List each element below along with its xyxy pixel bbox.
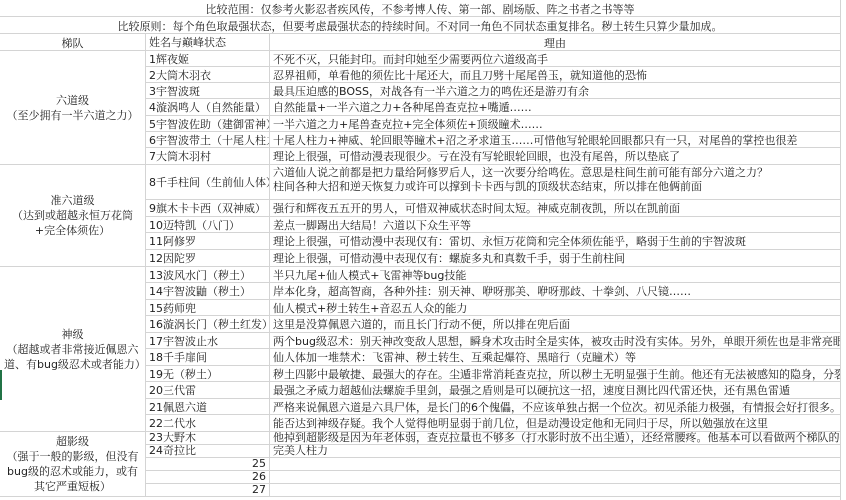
reason-cell[interactable]: 完美人柱力 [270,445,840,457]
row-selection-indicator [0,370,2,400]
reason-cell[interactable]: 差点一脚踢出大结局！六道以下众生平等 [270,217,840,232]
name-cell[interactable]: 14宇智波鼬（秽土） [146,283,270,299]
reason-cell[interactable]: 仙人模式+秽土转生+音忍五人众的能力 [270,300,840,315]
name-cell[interactable]: 23大野木 [146,432,270,444]
reason-cell[interactable]: 严格来说佩恩六道是六具尸体，是长门的6个傀儡，不应该单独占据一个位次。初见杀能力… [270,399,840,414]
tier-desc: （达到或超越永恒万花筒+完全体须佐） [4,208,141,238]
banner-row-principle[interactable]: 比较原则：每个角色取最强状态，但要考虑最强状态的持续时间。不对同一角色不同状态重… [0,17,840,34]
name-cell[interactable]: 4漩涡鸣人（自然能量） [146,99,270,115]
reason-cell[interactable]: 自然能量+一半六道之力+各种尾兽查克拉+嘴遁…… [270,99,840,115]
header-row: 梯队 姓名与巅峰状态 理由 [0,34,840,51]
reason-cell[interactable]: 能否达到神级存疑。我个人觉得他明显弱于前几位，但是动漫设定他和无同归于尽，所以勉… [270,415,840,431]
reason-cell[interactable]: 秽土四影中最敏捷、最强大的存在。尘遁非常消耗查克拉，所以秽土无明显强于生前。他还… [270,366,840,381]
reason-cell[interactable]: 强行和辉夜五五开的男人，可惜双神威状态时间太短。神威克制夜凯，所以在凯前面 [270,200,840,216]
principle-text[interactable]: 比较原则：每个角色取最强状态，但要考虑最强状态的持续时间。不对同一角色不同状态重… [0,17,840,33]
scope-text[interactable]: 比较范围：仅参考火影忍者疾风传，不参考博人传、第一部、剧场版、阵之书者之书等等 [0,0,840,16]
reason-cell[interactable]: 仙人体加一堆禁术：飞雷神、秽土转生、互乘起爆符、黑暗行（克瞳术）等 [270,349,840,365]
reason-cell[interactable]: 他掉到超影级是因为年老体弱，查克拉量也不够多（打水影时放不出尘遁），还经常腰疼。… [270,432,840,444]
name-cell[interactable]: 10迈特凯（八门） [146,217,270,232]
reason-cell[interactable]: 十尾人柱力+神威、轮回眼等瞳术+沼之矛求道玉……可惜他写轮眼轮回眼都只有一只，对… [270,132,840,147]
tier-cell-god[interactable]: 神级 （超越或者非常接近佩恩六道、有bug级忍术或者能力） [0,267,146,432]
banner-row-scope[interactable]: 比较范围：仅参考火影忍者疾风传，不参考博人传、第一部、剧场版、阵之书者之书等等 [0,0,840,17]
name-cell[interactable]: 9旗木卡卡西（双神威） [146,200,270,216]
tier-cell-six-paths[interactable]: 六道级 （至少拥有一半六道之力） [0,51,146,165]
name-cell[interactable]: 12因陀罗 [146,250,270,266]
tier-desc: （超越或者非常接近佩恩六道、有bug级忍术或者能力） [4,342,141,372]
tier-title: 准六道级 [4,193,141,208]
reason-cell[interactable]: 理论上很强，可惜动漫中表现仅有：雷切、永恒万花筒和完全体须佐能乎，略弱于生前的宇… [270,233,840,249]
tier-cell-super-kage[interactable]: 超影级 （强于一般的影级，但没有bug级的忍术或能力，或有其它严重短板） [0,432,146,497]
reason-cell[interactable]: 岸本化身，超高智商，各种外挂：别天神、咿呀那美、咿呀那歧、十拳剑、八尺镜…… [270,283,840,299]
name-cell[interactable]: 24奇拉比 [146,445,270,457]
tier-title: 六道级 [7,93,139,108]
name-cell[interactable]: 8千手柱间（生前仙人体） [146,165,270,199]
reason-cell[interactable]: 两个bug级忍术：别天神改变敌人思想，瞬身术攻击时全是实体，被攻击时没有实体。另… [270,333,840,348]
reason-cell[interactable]: 一半六道之力+尾兽查克拉+完全体须佐+顶级瞳术…… [270,116,840,131]
header-reason[interactable]: 理由 [270,34,840,50]
reason-cell[interactable] [270,471,840,483]
name-cell[interactable]: 13波风水门（秽土） [146,267,270,282]
reason-line-2: 柱间各种大招和逆天恢复力或许可以撑到卡卡西与凯的顶级状态结束，所以排在他俩前面 [273,180,837,194]
tier-desc: （强于一般的影级，但没有bug级的忍术或能力，或有其它严重短板） [4,449,141,494]
reason-cell[interactable] [270,458,840,470]
reason-line-1: 六道仙人说之前都是把力量给阿修罗后人，这一次要分给鸣佐。意思是柱间生前可能有部分… [273,166,837,180]
name-cell[interactable]: 7大筒木羽村 [146,148,270,164]
reason-cell[interactable]: 忍界祖师，单看他的须佐比十尾还大，而且刀劈十尾尾兽玉，就知道他的恐怖 [270,67,840,82]
reason-cell[interactable]: 半只九尾+仙人模式+飞雷神等bug技能 [270,267,840,282]
name-cell[interactable]: 6宇智波带土（十尾人柱力） [146,132,270,147]
column-gridline [840,0,841,500]
reason-cell[interactable]: 六道仙人说之前都是把力量给阿修罗后人，这一次要分给鸣佐。意思是柱间生前可能有部分… [270,165,840,199]
tier-cell-quasi-six-paths[interactable]: 准六道级 （达到或超越永恒万花筒+完全体须佐） [0,165,146,267]
name-cell[interactable]: 20三代雷 [146,382,270,398]
name-cell[interactable]: 21佩恩六道 [146,399,270,414]
name-cell[interactable]: 11阿修罗 [146,233,270,249]
spreadsheet: 比较范围：仅参考火影忍者疾风传，不参考博人传、第一部、剧场版、阵之书者之书等等 … [0,0,846,500]
name-cell[interactable]: 15药师兜 [146,300,270,315]
tier-title: 超影级 [4,434,141,449]
name-cell[interactable]: 25 [146,458,270,470]
name-cell[interactable]: 3宇智波斑 [146,83,270,98]
name-cell[interactable]: 18千手扉间 [146,349,270,365]
reason-cell[interactable] [270,484,840,496]
name-cell[interactable]: 16漩涡长门（秽土红发） [146,316,270,332]
reason-cell[interactable]: 理论上很强，可惜动漫中表现仅有：螺旋多丸和真数千手，弱于生前柱间 [270,250,840,266]
tier-title: 神级 [4,327,141,342]
reason-cell[interactable]: 不死不灭，只能封印。而封印她至少需要两位六道级高手 [270,51,840,66]
name-cell[interactable]: 27 [146,484,270,496]
name-cell[interactable]: 17宇智波止水 [146,333,270,348]
header-name[interactable]: 姓名与巅峰状态 [146,34,270,50]
tier-desc: （至少拥有一半六道之力） [7,108,139,123]
reason-cell[interactable]: 理论上很强，可惜动漫表现很少。亏在没有写轮眼轮回眼，也没有尾兽，所以垫底了 [270,148,840,164]
header-tier[interactable]: 梯队 [0,34,146,50]
reason-cell[interactable]: 最具压迫感的BOSS，对战各有一半六道之力的鸣佐还是游刃有余 [270,83,840,98]
reason-cell[interactable]: 最强之矛威力超越仙法螺旋手里剑，最强之盾则是可以硬抗这一招，速度目测比四代雷还快… [270,382,840,398]
name-cell[interactable]: 1辉夜姬 [146,51,270,66]
name-cell[interactable]: 26 [146,471,270,483]
name-cell[interactable]: 5宇智波佐助（建御雷神） [146,116,270,131]
name-cell[interactable]: 22二代水 [146,415,270,431]
name-cell[interactable]: 2大筒木羽衣 [146,67,270,82]
reason-cell[interactable]: 这里是没算佩恩六道的，而且长门行动不便，所以排在兜后面 [270,316,840,332]
name-cell[interactable]: 19无（秽土） [146,366,270,381]
